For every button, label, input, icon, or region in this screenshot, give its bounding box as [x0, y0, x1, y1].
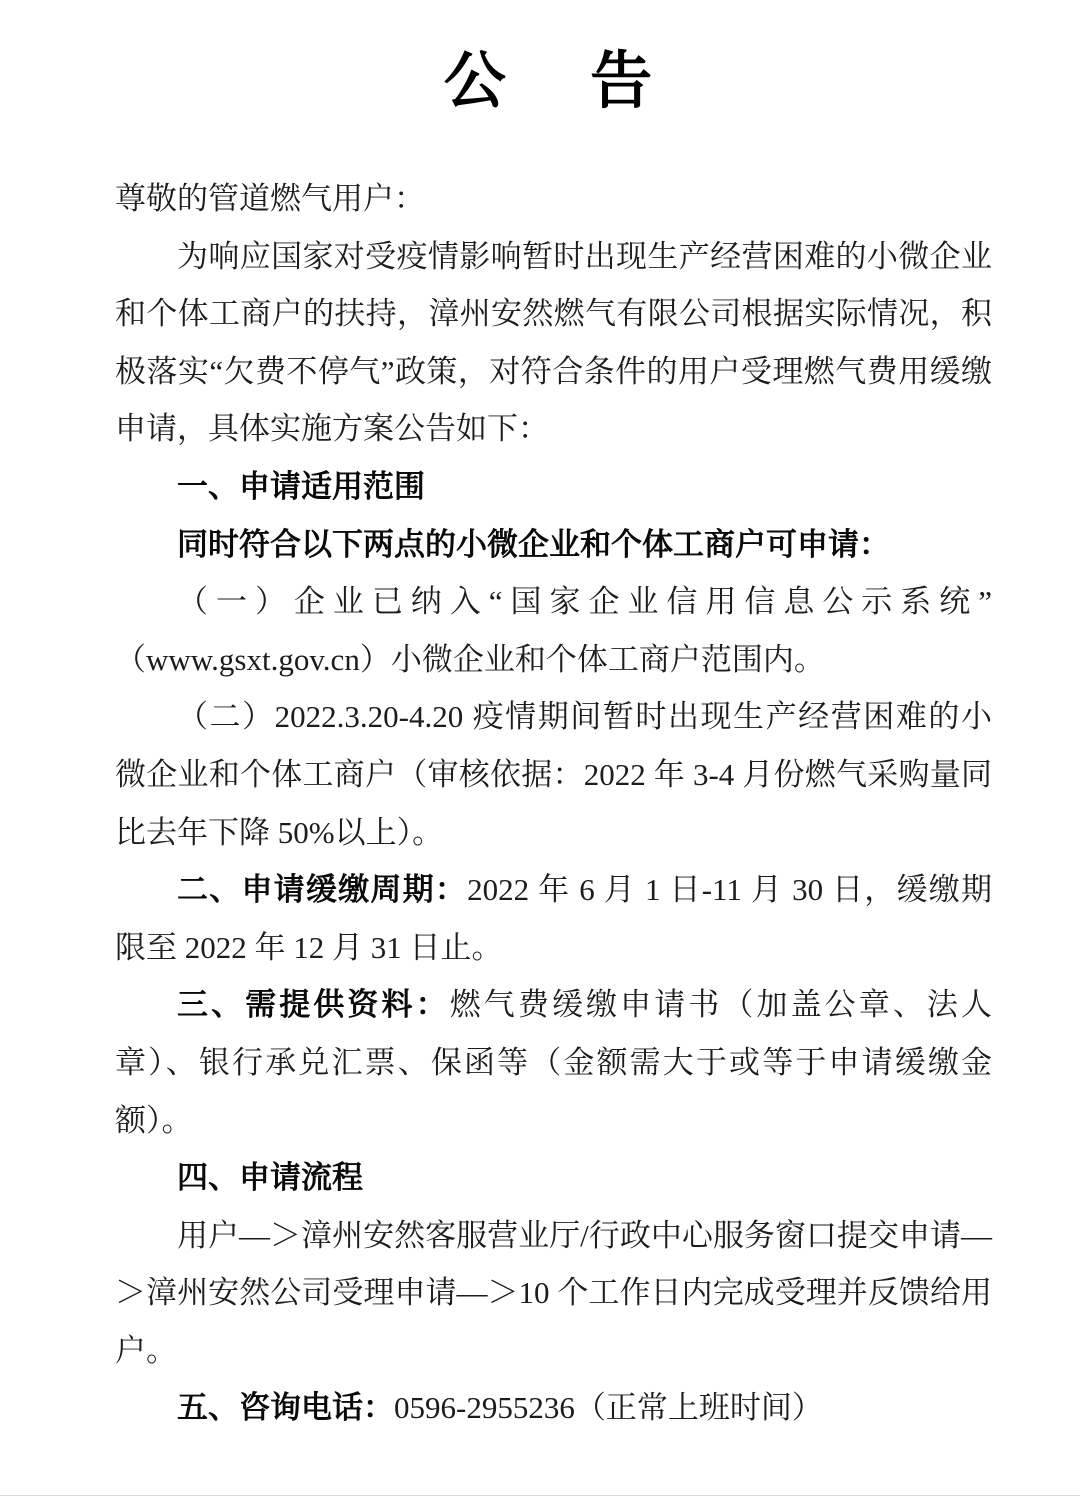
page-bottom-edge	[0, 1495, 1080, 1496]
section-1-item-2: （二）2022.3.20-4.20 疫情期间暂时出现生产经营困难的小微企业和个体…	[115, 688, 992, 861]
section-1-subheading: 同时符合以下两点的小微企业和个体工商户可申请：	[115, 516, 992, 574]
section-1-item-1: （一）企业已纳入“国家企业信用信息公示系统”（www.gsxt.gov.cn）小…	[115, 573, 992, 688]
section-5-paragraph: 五、咨询电话：0596-2955236（正常上班时间）	[115, 1379, 992, 1437]
announcement-document: 公 告 尊敬的管道燃气用户： 为响应国家对受疫情影响暂时出现生产经营困难的小微企…	[0, 0, 1080, 1499]
section-4-flow: 用户—＞漳州安然客服营业厅/行政中心服务窗口提交申请—＞漳州安然公司受理申请—＞…	[115, 1207, 992, 1380]
section-1-heading: 一、申请适用范围	[115, 458, 992, 516]
section-2-heading: 二、申请缓缴周期：	[177, 872, 467, 907]
salutation: 尊敬的管道燃气用户：	[115, 170, 992, 228]
section-3-paragraph: 三、需提供资料：燃气费缓缴申请书（加盖公章、法人章）、银行承兑汇票、保函等（金额…	[115, 976, 992, 1149]
section-5-heading: 五、咨询电话：	[177, 1390, 394, 1425]
intro-paragraph: 为响应国家对受疫情影响暂时出现生产经营困难的小微企业和个体工商户的扶持，漳州安然…	[115, 228, 992, 458]
section-4-heading: 四、申请流程	[115, 1149, 992, 1207]
page-title: 公 告	[115, 45, 992, 120]
section-5-text: 0596-2955236（正常上班时间）	[394, 1390, 823, 1425]
section-2-paragraph: 二、申请缓缴周期：2022 年 6 月 1 日-11 月 30 日，缓缴期限至 …	[115, 861, 992, 976]
section-3-heading: 三、需提供资料：	[177, 987, 450, 1022]
